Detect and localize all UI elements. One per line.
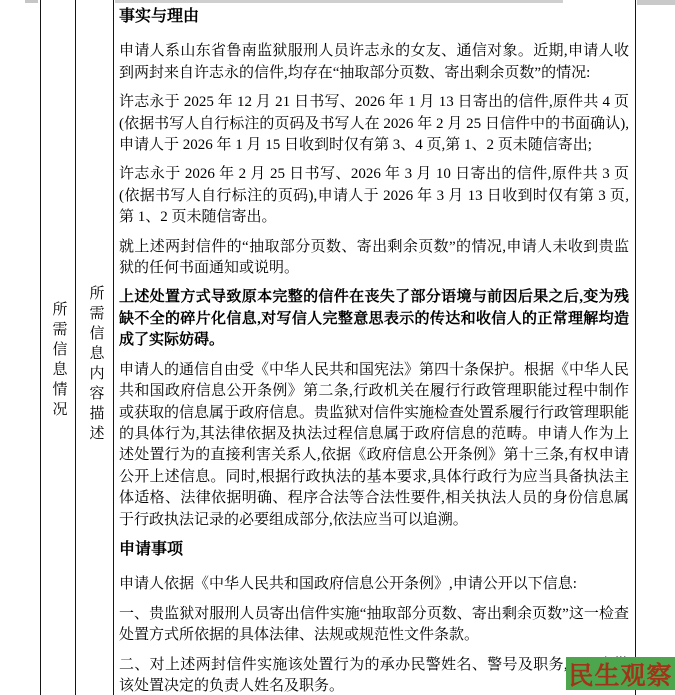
cutoff-artifact-right <box>637 0 675 5</box>
paragraph-letter-1: 许志永于 2025 年 12 月 21 日书写、2026 年 1 月 13 日寄… <box>119 92 629 156</box>
form-cell-content: 事实与理由申请人系山东省鲁南监狱服刑人员许志永的女友、通信对象。近期,申请人收到… <box>114 0 635 695</box>
section-heading-requests: 申请事项 <box>119 539 629 560</box>
row-header-required-info-status: 所需信息情况 <box>51 301 66 421</box>
paragraph-harm-bold: 上述处置方式导致原本完整的信件在丧失了部分语境与前因后果之后,变为残缺不全的碎片… <box>119 287 629 351</box>
section-heading-facts: 事实与理由 <box>119 6 629 27</box>
row-header-required-info-description: 所需信息内容描述 <box>88 285 103 445</box>
table-border-content-right <box>635 0 636 695</box>
paragraph-request-intro: 申请人依据《中华人民共和国政府信息公开条例》,申请公开以下信息: <box>119 574 629 595</box>
paragraph-request-2: 二、对上述两封信件实施该处置行为的承办民警姓名、警号及职务,以及审批该处置决定的… <box>119 655 629 695</box>
paragraph-letter-2: 许志永于 2026 年 2 月 25 日书写、2026 年 3 月 10 日寄出… <box>119 164 629 228</box>
paragraph-request-1: 一、贵监狱对服刑人员寄出信件实施“抽取部分页数、寄出剩余页数”这一检查处置方式所… <box>119 604 629 647</box>
table-border-left-outer <box>40 0 41 695</box>
table-border-left-middle <box>75 0 76 695</box>
paragraph-intro: 申请人系山东省鲁南监狱服刑人员许志永的女友、通信对象。近期,申请人收到两封来自许… <box>119 41 629 84</box>
cutoff-artifact-left <box>25 0 38 3</box>
application-form-page: 所需信息情况 所需信息内容描述 事实与理由申请人系山东省鲁南监狱服刑人员许志永的… <box>0 0 675 695</box>
paragraph-no-notice: 就上述两封信件的“抽取部分页数、寄出剩余页数”的情况,申请人未收到贵监狱的任何书… <box>119 237 629 280</box>
paragraph-legal-basis: 申请人的通信自由受《中华人民共和国宪法》第四十条保护。根据《中华人民共和国政府信… <box>119 360 629 531</box>
site-watermark-minsheng-guancha: 民生观察 <box>566 657 675 690</box>
